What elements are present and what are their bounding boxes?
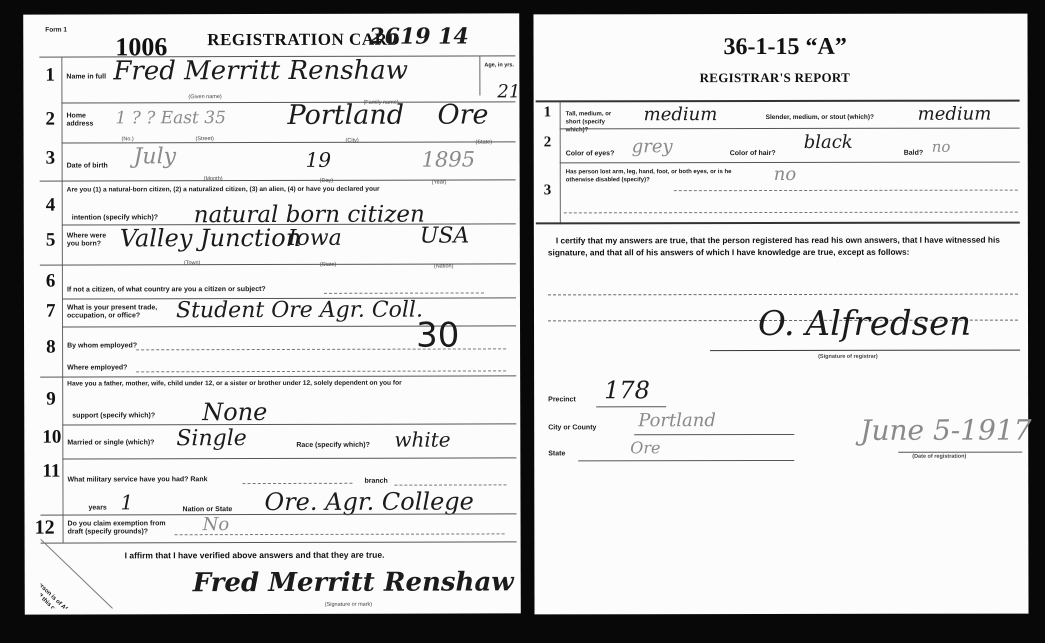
certification-text: I certify that my answers are true, that… bbox=[548, 234, 1016, 259]
signature-label: (Signature or mark) bbox=[325, 602, 372, 608]
disability-label: Has person lost arm, leg, hand, foot, or… bbox=[566, 168, 756, 184]
precinct-value: 178 bbox=[604, 376, 650, 404]
race-value: white bbox=[394, 428, 450, 452]
field-number: 10 bbox=[42, 427, 61, 449]
birth-town-value: Valley Junction bbox=[120, 224, 301, 252]
home-address-label: Home address bbox=[66, 112, 100, 128]
branch-label: branch bbox=[364, 478, 387, 486]
field-number: 6 bbox=[46, 271, 56, 293]
employment-location-label: Where employed? bbox=[67, 364, 127, 372]
years-value: 1 bbox=[120, 490, 133, 514]
registration-card: Form 1 1006 REGISTRATION CARD 2619 14 1 … bbox=[23, 13, 521, 614]
dependents-value: None bbox=[202, 398, 267, 426]
address-street-value: 1 ? ? East 35 bbox=[115, 108, 225, 128]
occupation-label: What is your present trade, occupation, … bbox=[67, 304, 167, 320]
precinct-label: Precinct bbox=[548, 396, 576, 404]
city-county-value: Portland bbox=[638, 410, 716, 431]
affirmation-text: I affirm that I have verified above answ… bbox=[125, 550, 385, 561]
exemption-label: Do you claim exemption from draft (speci… bbox=[68, 520, 178, 536]
build-label: Slender, medium, or stout (which)? bbox=[766, 114, 874, 122]
dob-day-value: 19 bbox=[306, 148, 332, 172]
field-number: 5 bbox=[46, 230, 56, 252]
dob-year-value: 1895 bbox=[422, 147, 476, 171]
state-value: Ore bbox=[630, 438, 660, 457]
report-code: 36-1-15 “A” bbox=[724, 34, 847, 61]
field-number: 3 bbox=[544, 182, 552, 199]
field-number: 4 bbox=[46, 195, 56, 217]
order-number: 2619 14 bbox=[369, 23, 469, 49]
registrar-signature-label: (Signature of registrar) bbox=[818, 354, 878, 360]
registrar-signature: O. Alfredsen bbox=[758, 304, 971, 344]
race-label: Race (specify which)? bbox=[296, 442, 370, 450]
city-county-label: City or County bbox=[548, 424, 596, 432]
form-label: Form 1 bbox=[45, 27, 67, 35]
field-number: 11 bbox=[42, 461, 60, 483]
state-label: State bbox=[548, 450, 565, 458]
field-number: 2 bbox=[544, 134, 552, 151]
eye-color-value: grey bbox=[632, 136, 673, 157]
eye-color-label: Color of eyes? bbox=[566, 150, 615, 158]
field-number: 8 bbox=[46, 337, 56, 359]
height-value: medium bbox=[644, 104, 718, 125]
age-label: Age, in yrs. bbox=[484, 61, 514, 69]
hair-color-label: Color of hair? bbox=[730, 150, 776, 158]
disability-value: no bbox=[774, 164, 796, 185]
nation-state-label: Nation or State bbox=[183, 506, 233, 514]
registrars-report: 36-1-15 “A” REGISTRAR'S REPORT 1 Tall, m… bbox=[533, 14, 1028, 615]
field-number: 1 bbox=[544, 104, 552, 121]
dob-month-value: July bbox=[134, 144, 177, 169]
hair-color-value: black bbox=[804, 132, 853, 153]
field-number: 9 bbox=[46, 389, 56, 411]
birth-nation-value: USA bbox=[420, 223, 470, 248]
height-label: Tall, medium, or short (specify which)? bbox=[566, 110, 626, 134]
field-number: 7 bbox=[46, 301, 56, 323]
build-value: medium bbox=[918, 104, 992, 125]
birth-state-value: Iowa bbox=[288, 226, 342, 251]
corner-tear-note: If person is of African descent, tear of… bbox=[41, 538, 161, 608]
field-number: 3 bbox=[46, 148, 56, 170]
citizenship-label: Are you (1) a natural-born citizen, (2) … bbox=[67, 185, 517, 194]
military-service-label: What military service have you had? Rank bbox=[67, 476, 207, 484]
registrant-signature: Fred Merritt Renshaw bbox=[193, 567, 514, 598]
occupation-value: Student Ore Agr. Coll. bbox=[176, 298, 423, 324]
field-number: 12 bbox=[35, 517, 55, 540]
birthplace-label: Where were you born? bbox=[67, 232, 107, 248]
name-value: Fred Merritt Renshaw bbox=[113, 56, 408, 87]
registration-date: June 5-1917 bbox=[860, 414, 1031, 447]
name-label: Name in full bbox=[66, 73, 106, 81]
bald-value: no bbox=[932, 138, 951, 156]
years-label: years bbox=[88, 504, 106, 512]
field-number: 1 bbox=[45, 65, 55, 87]
bald-label: Bald? bbox=[904, 150, 923, 158]
citizenship-label-2: intention (specify which)? bbox=[72, 214, 158, 222]
dependents-label-2: support (specify which)? bbox=[72, 412, 155, 420]
exemption-value: No bbox=[203, 514, 230, 535]
age-value: 21 bbox=[497, 81, 520, 102]
foreign-citizen-label: If not a citizen, of what country are yo… bbox=[67, 286, 266, 295]
field-number: 2 bbox=[45, 109, 55, 131]
address-city-value: Portland bbox=[287, 100, 404, 131]
marital-status-label: Married or single (which)? bbox=[67, 439, 154, 447]
report-title: REGISTRAR'S REPORT bbox=[700, 70, 851, 86]
registration-date-label: (Date of registration) bbox=[912, 454, 966, 460]
corner-note-text: If person is of African descent, tear of… bbox=[41, 575, 100, 609]
annotation-number: 30 bbox=[416, 316, 459, 356]
address-state-value: Ore bbox=[437, 99, 488, 130]
employer-label: By whom employed? bbox=[67, 342, 137, 350]
sub-label: (Given name) bbox=[188, 94, 221, 100]
marital-status-value: Single bbox=[176, 426, 246, 451]
nation-state-value: Ore. Agr. College bbox=[264, 487, 473, 516]
dependents-label: Have you a father, mother, wife, child u… bbox=[67, 380, 402, 389]
dob-label: Date of birth bbox=[67, 162, 108, 170]
